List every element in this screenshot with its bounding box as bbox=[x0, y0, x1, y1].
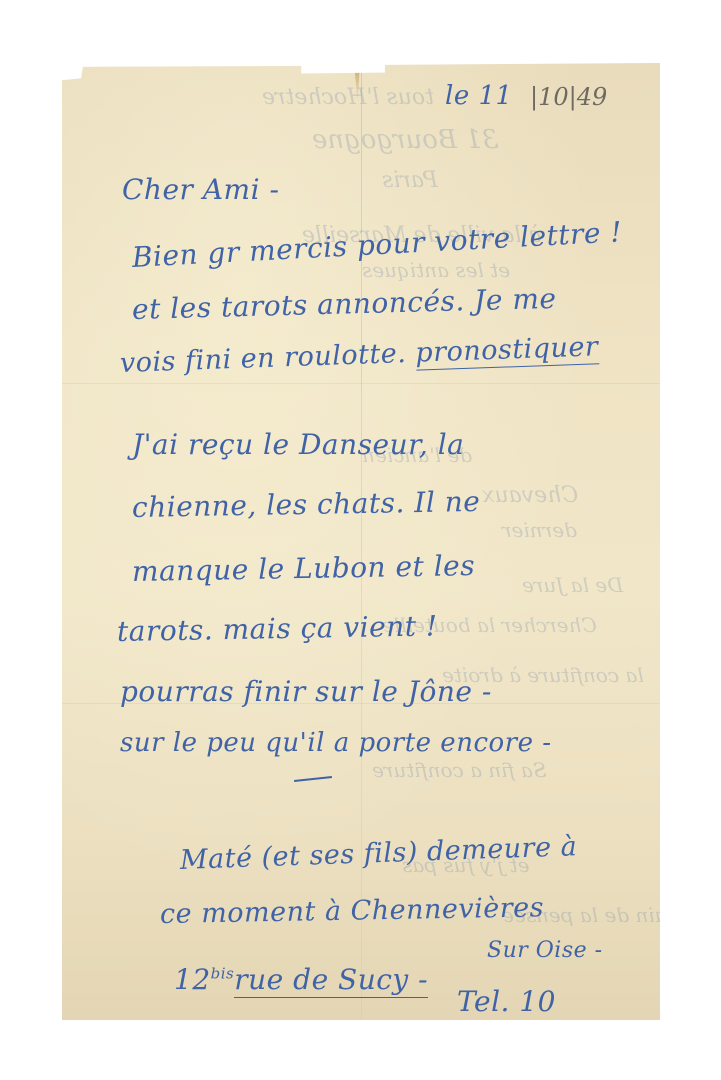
street-number-suffix: bis bbox=[211, 965, 235, 983]
bleed-through-text: Paris bbox=[382, 168, 438, 193]
bleed-through-text: et les antiques bbox=[362, 258, 510, 282]
bleed-through-text: Sa fin a confiture bbox=[372, 758, 547, 782]
postscript-prefix: chez bbox=[114, 1031, 172, 1059]
body-line: manque le Lubon et les bbox=[132, 549, 476, 588]
bleed-through-text: Chevaux bbox=[482, 483, 578, 508]
address-line: 12bisrue de Sucy - bbox=[174, 963, 428, 996]
street-name: rue de Sucy - bbox=[234, 963, 428, 998]
vertical-fold-line bbox=[361, 63, 362, 1020]
letter-date-pencil: |10|49 bbox=[530, 83, 607, 111]
body-line: sur le peu qu'il a porte encore - bbox=[120, 728, 552, 758]
street-number: 12 bbox=[174, 963, 211, 996]
closing-line: ce moment à Chennevières bbox=[160, 892, 544, 930]
body-line: tarots. mais ça vient ! bbox=[117, 609, 438, 648]
underlined-word: pronostiquer bbox=[415, 331, 599, 370]
body-line-text: vois fini en roulotte. bbox=[119, 338, 415, 379]
salutation: Cher Ami - bbox=[122, 173, 279, 206]
body-line: chienne, les chats. Il ne bbox=[132, 485, 481, 524]
separator-dash bbox=[294, 776, 332, 782]
photo-stage: tous l'Hochetre 31 Bourgogne Paris à la … bbox=[0, 0, 721, 1080]
body-line: pourras finir sur le Jône - bbox=[120, 675, 492, 708]
bleed-through-text: De la Jure bbox=[522, 573, 623, 597]
postscript-line: chez Crozier (le fils de l'ambassadeur) bbox=[114, 1031, 563, 1059]
letter-date-prefix: le 11 bbox=[445, 81, 513, 111]
handwritten-letter: tous l'Hochetre 31 Bourgogne Paris à la … bbox=[62, 63, 660, 1020]
body-line: J'ai reçu le Danseur, la bbox=[132, 428, 464, 461]
closing-line: Sur Oise - bbox=[487, 938, 603, 963]
bleed-through-text: 31 Bourgogne bbox=[312, 125, 498, 155]
horizontal-fold-line bbox=[62, 383, 660, 384]
postscript-note: (le fils de l'ambassadeur) bbox=[308, 1036, 563, 1058]
bleed-through-text: tous l'Hochetre bbox=[262, 85, 434, 110]
telephone: Tel. 10 bbox=[457, 985, 556, 1018]
postscript-name: Crozier bbox=[198, 1031, 292, 1061]
body-line: vois fini en roulotte. pronostiquer bbox=[119, 331, 598, 379]
body-line: et les tarots annoncés. Je me bbox=[132, 282, 557, 326]
bleed-through-text: dernier bbox=[502, 518, 577, 542]
